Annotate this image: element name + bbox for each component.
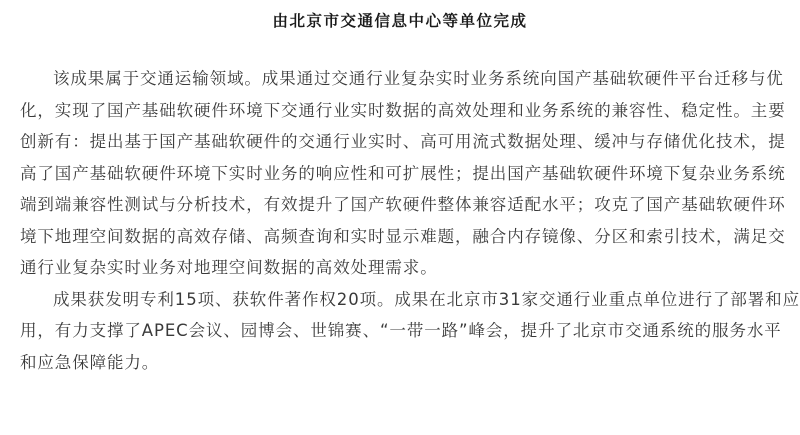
document-title: 由北京市交通信息中心等单位完成 bbox=[0, 11, 800, 31]
text-line: 和应急保障能力。 bbox=[20, 347, 790, 379]
paragraph-overview: 该成果属于交通运输领域。成果通过交通行业复杂实时业务系统向国产基础软硬件平台迁移… bbox=[20, 63, 790, 284]
text-line: 通行业复杂实时业务对地理空间数据的高效处理需求。 bbox=[20, 252, 790, 284]
text-line: 用，有力支撑了APEC会议、园博会、世锦赛、“一带一路”峰会，提升了北京市交通系… bbox=[20, 315, 790, 347]
text-line: 化，实现了国产基础软硬件环境下交通行业实时数据的高效处理和业务系统的兼容性、稳定… bbox=[20, 95, 790, 127]
text-line: 境下地理空间数据的高效存储、高频查询和实时显示难题，融合内存镜像、分区和索引技术… bbox=[20, 221, 790, 253]
text-line: 创新有：提出基于国产基础软硬件的交通行业实时、高可用流式数据处理、缓冲与存储优化… bbox=[20, 126, 790, 158]
text-line: 该成果属于交通运输领域。成果通过交通行业复杂实时业务系统向国产基础软硬件平台迁移… bbox=[20, 63, 790, 95]
paragraph-achievements: 成果获发明专利15项、获软件著作权20项。成果在北京市31家交通行业重点单位进行… bbox=[20, 284, 790, 379]
document-body: 该成果属于交通运输领域。成果通过交通行业复杂实时业务系统向国产基础软硬件平台迁移… bbox=[20, 63, 790, 378]
text-line: 端到端兼容性测试与分析技术，有效提升了国产软硬件整体兼容适配水平；攻克了国产基础… bbox=[20, 189, 790, 221]
text-line: 成果获发明专利15项、获软件著作权20项。成果在北京市31家交通行业重点单位进行… bbox=[20, 284, 790, 316]
text-line: 高了国产基础软硬件环境下实时业务的响应性和可扩展性；提出国产基础软硬件环境下复杂… bbox=[20, 158, 790, 190]
